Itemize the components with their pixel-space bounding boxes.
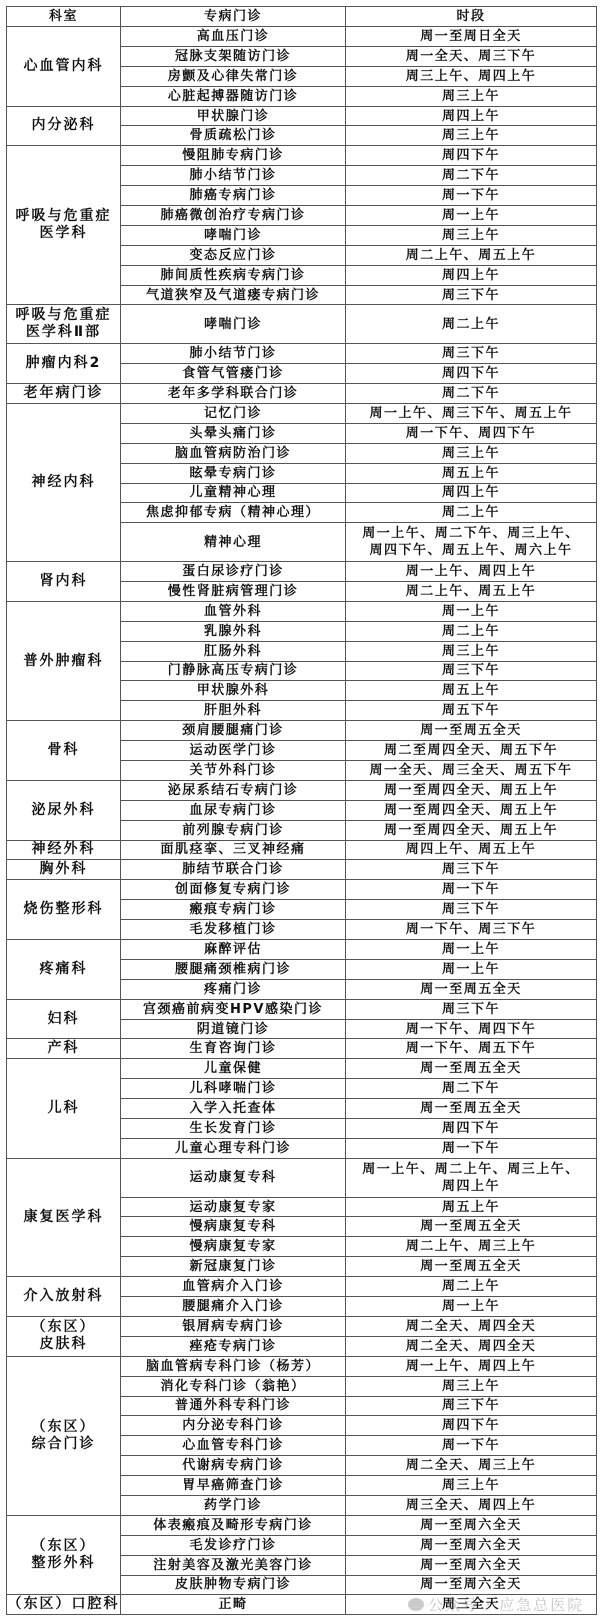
- clinic-cell: 面肌痉挛、三叉神经痛: [121, 840, 346, 860]
- header-clinic: 专病门诊: [121, 7, 346, 27]
- department-cell: 妇科: [7, 999, 121, 1039]
- time-cell: 周二上午、周三上午: [346, 1237, 597, 1257]
- clinic-cell: 肝胆外科: [121, 701, 346, 721]
- department-cell: （东区）综合门诊: [7, 1356, 121, 1515]
- time-cell: 周三下午: [346, 999, 597, 1019]
- clinic-cell: 新冠康复门诊: [121, 1257, 346, 1277]
- clinic-cell: 银屑病专病门诊: [121, 1316, 346, 1336]
- clinic-cell: 儿科哮喘门诊: [121, 1079, 346, 1099]
- time-cell: 周一下午: [346, 1138, 597, 1158]
- time-cell: 周一上午、周二下午、周三上午、周四下午、周五上午、周六上午: [346, 523, 597, 562]
- time-cell: 周一上午: [346, 206, 597, 226]
- time-cell: 周一至周六全天: [346, 1555, 597, 1575]
- clinic-cell: 气道狭窄及气道瘘专病门诊: [121, 285, 346, 305]
- clinic-cell: 注射美容及激光美容门诊: [121, 1555, 346, 1575]
- clinic-cell: 内分泌专科门诊: [121, 1416, 346, 1436]
- time-cell: 周三上午: [346, 1476, 597, 1496]
- time-cell: 周三上午: [346, 641, 597, 661]
- clinic-cell: 骨质疏松门诊: [121, 126, 346, 146]
- time-cell: 周三上午: [346, 225, 597, 245]
- time-cell: 周一至周五全天: [346, 1059, 597, 1079]
- clinic-cell: 蛋白尿诊疗门诊: [121, 562, 346, 582]
- time-cell: 周三上午: [346, 1376, 597, 1396]
- clinic-cell: 甲状腺门诊: [121, 106, 346, 126]
- time-cell: 周二上午: [346, 1277, 597, 1297]
- clinic-cell: 消化专科门诊（翁艳）: [121, 1376, 346, 1396]
- clinic-cell: 头晕头痛门诊: [121, 423, 346, 443]
- clinic-cell: 血尿专病门诊: [121, 800, 346, 820]
- time-cell: 周二至周四全天、周五下午: [346, 741, 597, 761]
- time-cell: 周一下午: [346, 186, 597, 206]
- clinic-cell: 肛肠外科: [121, 641, 346, 661]
- table-row: 介入放射科血管病介入门诊周二上午: [7, 1277, 597, 1297]
- time-cell: 周一至周六全天: [346, 1575, 597, 1595]
- department-cell: （东区）整形外科: [7, 1515, 121, 1595]
- table-row: 普外肿瘤科血管外科周一上午: [7, 601, 597, 621]
- table-row: 肿瘤内科2肺小结节门诊周三下午: [7, 344, 597, 364]
- time-cell: 周三下午: [346, 344, 597, 364]
- table-row: 呼吸与危重症医学科Ⅱ部哮喘门诊周二上午: [7, 305, 597, 344]
- clinic-cell: 肺结节联合门诊: [121, 860, 346, 880]
- clinic-cell: 儿童保健: [121, 1059, 346, 1079]
- clinic-cell: 普通外科专科门诊: [121, 1396, 346, 1416]
- department-cell: 内分泌科: [7, 106, 121, 146]
- clinic-cell: 心脏起搏器随访门诊: [121, 86, 346, 106]
- clinic-cell: 变态反应门诊: [121, 245, 346, 265]
- clinic-cell: 慢病康复专科: [121, 1217, 346, 1237]
- time-cell: 周一全天、周三全天、周五下午: [346, 760, 597, 780]
- clinic-cell: 药学门诊: [121, 1495, 346, 1515]
- clinic-cell: 关节外科门诊: [121, 760, 346, 780]
- table-row: 康复医学科运动康复专科周一上午、周二上午、周三上午、周四上午: [7, 1158, 597, 1197]
- time-cell: 周二上午: [346, 503, 597, 523]
- time-cell: 周三上午: [346, 443, 597, 463]
- time-cell: 周三全天: [346, 1595, 597, 1615]
- time-cell: 周四上午: [346, 483, 597, 503]
- time-cell: 周二上午: [346, 621, 597, 641]
- clinic-cell: 运动康复专科: [121, 1158, 346, 1197]
- clinic-cell: 慢阻肺专病门诊: [121, 146, 346, 166]
- clinic-cell: 宫颈癌前病变HPV感染门诊: [121, 999, 346, 1019]
- table-row: 烧伤整形科创面修复专病门诊周一下午: [7, 880, 597, 900]
- time-cell: 周一至周四全天、周五上午: [346, 780, 597, 800]
- table-row: （东区）皮肤科银屑病专病门诊周二全天、周四全天: [7, 1316, 597, 1336]
- time-cell: 周三下午: [346, 661, 597, 681]
- clinic-cell: 腰腿痛介入门诊: [121, 1297, 346, 1317]
- time-cell: 周二下午: [346, 166, 597, 186]
- time-cell: 周四下午: [346, 364, 597, 384]
- department-cell: 胸外科: [7, 860, 121, 880]
- clinic-cell: 创面修复专病门诊: [121, 880, 346, 900]
- clinic-cell: 脑血管病专科门诊（杨芳）: [121, 1356, 346, 1376]
- time-cell: 周二全天、周四全天: [346, 1316, 597, 1336]
- department-cell: 呼吸与危重症医学科: [7, 146, 121, 305]
- time-cell: 周一上午: [346, 940, 597, 960]
- clinic-cell: 麻醉评估: [121, 940, 346, 960]
- clinic-cell: 皮肤肿物专病门诊: [121, 1575, 346, 1595]
- time-cell: 周一下午: [346, 880, 597, 900]
- clinic-cell: 生长发育门诊: [121, 1119, 346, 1139]
- clinic-cell: 肺间质性疾病专病门诊: [121, 265, 346, 285]
- clinic-cell: 乳腺外科: [121, 621, 346, 641]
- clinic-cell: 颈肩腰腿痛门诊: [121, 721, 346, 741]
- department-cell: 儿科: [7, 1059, 121, 1158]
- table-row: 心血管内科高血压门诊周一至周日全天: [7, 27, 597, 47]
- time-cell: 周一下午、周四下午: [346, 423, 597, 443]
- clinic-cell: 血管外科: [121, 601, 346, 621]
- time-cell: 周三下午: [346, 900, 597, 920]
- clinic-cell: 门静脉高压专病门诊: [121, 661, 346, 681]
- department-cell: 康复医学科: [7, 1158, 121, 1276]
- department-cell: 神经外科: [7, 840, 121, 860]
- clinic-cell: 泌尿系结石专病门诊: [121, 780, 346, 800]
- clinic-cell: 眩晕专病门诊: [121, 463, 346, 483]
- time-cell: 周一上午: [346, 601, 597, 621]
- clinic-cell: 高血压门诊: [121, 27, 346, 47]
- department-cell: 烧伤整形科: [7, 880, 121, 940]
- time-cell: 周二上午: [346, 305, 597, 344]
- time-cell: 周三上午: [346, 126, 597, 146]
- clinic-cell: 肺癌专病门诊: [121, 186, 346, 206]
- department-cell: 普外肿瘤科: [7, 601, 121, 720]
- time-cell: 周二全天、周三上午: [346, 1456, 597, 1476]
- department-cell: 心血管内科: [7, 27, 121, 107]
- time-cell: 周一至周四全天、周五上午: [346, 820, 597, 840]
- clinic-cell: 哮喘门诊: [121, 305, 346, 344]
- department-cell: （东区）口腔科: [7, 1595, 121, 1615]
- time-cell: 周五上午: [346, 463, 597, 483]
- department-cell: 泌尿外科: [7, 780, 121, 840]
- clinic-cell: 正畸: [121, 1595, 346, 1615]
- time-cell: 周一上午、周三下午、周五上午: [346, 403, 597, 423]
- department-cell: 肾内科: [7, 562, 121, 602]
- clinic-cell: 慢病康复专家: [121, 1237, 346, 1257]
- time-cell: 周一下午: [346, 1436, 597, 1456]
- time-cell: 周一上午、周四上午: [346, 1356, 597, 1376]
- time-cell: 周三全天、周四上午: [346, 1495, 597, 1515]
- table-row: 肾内科蛋白尿诊疗门诊周一上午、周四上午: [7, 562, 597, 582]
- time-cell: 周四上午: [346, 265, 597, 285]
- clinic-cell: 前列腺专病门诊: [121, 820, 346, 840]
- schedule-body: 心血管内科高血压门诊周一至周日全天冠脉支架随访门诊周一全天、周三下午房颤及心律失…: [7, 27, 597, 1615]
- table-row: 骨科颈肩腰腿痛门诊周一至周五全天: [7, 721, 597, 741]
- time-cell: 周一至周五全天: [346, 721, 597, 741]
- clinic-cell: 肺小结节门诊: [121, 166, 346, 186]
- clinic-cell: 哮喘门诊: [121, 225, 346, 245]
- time-cell: 周一至周五全天: [346, 1099, 597, 1119]
- table-row: （东区）整形外科体表瘢痕及畸形专病门诊周一至周六全天: [7, 1515, 597, 1535]
- time-cell: 周三上午: [346, 86, 597, 106]
- time-cell: 周五上午: [346, 1197, 597, 1217]
- clinic-cell: 瘢痕专病门诊: [121, 900, 346, 920]
- department-cell: （东区）皮肤科: [7, 1316, 121, 1356]
- clinic-cell: 焦虑抑郁专病（精神心理）: [121, 503, 346, 523]
- clinic-cell: 房颤及心律失常门诊: [121, 66, 346, 86]
- table-row: 神经外科面肌痉挛、三叉神经痛周四上午、周五上午: [7, 840, 597, 860]
- department-cell: 产科: [7, 1039, 121, 1059]
- time-cell: 周一上午: [346, 1297, 597, 1317]
- time-cell: 周一上午: [346, 959, 597, 979]
- clinic-cell: 血管病介入门诊: [121, 1277, 346, 1297]
- time-cell: 周四上午、周五上午: [346, 840, 597, 860]
- time-cell: 周一至周五全天: [346, 1257, 597, 1277]
- time-cell: 周一至周六全天: [346, 1515, 597, 1535]
- department-cell: 呼吸与危重症医学科Ⅱ部: [7, 305, 121, 344]
- clinic-cell: 心血管专科门诊: [121, 1436, 346, 1456]
- clinic-cell: 精神心理: [121, 523, 346, 562]
- table-row: 妇科宫颈癌前病变HPV感染门诊周三下午: [7, 999, 597, 1019]
- time-cell: 周四下午: [346, 1119, 597, 1139]
- table-row: 儿科儿童保健周一至周五全天: [7, 1059, 597, 1079]
- department-cell: 老年病门诊: [7, 384, 121, 404]
- time-cell: 周二上午、周五上午: [346, 581, 597, 601]
- table-row: 泌尿外科泌尿系结石专病门诊周一至周四全天、周五上午: [7, 780, 597, 800]
- time-cell: 周二下午: [346, 384, 597, 404]
- time-cell: 周一上午、周四上午: [346, 562, 597, 582]
- clinic-cell: 生育咨询门诊: [121, 1039, 346, 1059]
- time-cell: 周三上午、周四上午: [346, 66, 597, 86]
- clinic-cell: 脑血管病防治门诊: [121, 443, 346, 463]
- table-row: 老年病门诊老年多学科联合门诊周二下午: [7, 384, 597, 404]
- clinic-cell: 肺癌微创治疗专病门诊: [121, 206, 346, 226]
- clinic-cell: 体表瘢痕及畸形专病门诊: [121, 1515, 346, 1535]
- time-cell: 周一下午、周四下午: [346, 1019, 597, 1039]
- clinic-cell: 运动医学门诊: [121, 741, 346, 761]
- time-cell: 周一至周日全天: [346, 27, 597, 47]
- clinic-cell: 阴道镜门诊: [121, 1019, 346, 1039]
- clinic-cell: 老年多学科联合门诊: [121, 384, 346, 404]
- time-cell: 周二全天、周四全天: [346, 1336, 597, 1356]
- time-cell: 周五下午: [346, 701, 597, 721]
- department-cell: 骨科: [7, 721, 121, 781]
- clinic-cell: 代谢病专病门诊: [121, 1456, 346, 1476]
- clinic-cell: 腰腿痛颈椎病门诊: [121, 959, 346, 979]
- clinic-cell: 毛发移植门诊: [121, 920, 346, 940]
- clinic-cell: 入学入托查体: [121, 1099, 346, 1119]
- clinic-schedule-table: 科室 专病门诊 时段 心血管内科高血压门诊周一至周日全天冠脉支架随访门诊周一全天…: [6, 6, 597, 1615]
- header-row: 科室 专病门诊 时段: [7, 7, 597, 27]
- clinic-cell: 儿童精神心理: [121, 483, 346, 503]
- header-department: 科室: [7, 7, 121, 27]
- time-cell: 周一至周四全天、周五上午: [346, 800, 597, 820]
- table-row: 胸外科肺结节联合门诊周三下午: [7, 860, 597, 880]
- time-cell: 周二下午: [346, 1079, 597, 1099]
- clinic-cell: 胃早癌筛查门诊: [121, 1476, 346, 1496]
- time-cell: 周一下午、周三下午: [346, 920, 597, 940]
- time-cell: 周一全天、周三下午: [346, 46, 597, 66]
- time-cell: 周一至周五全天: [346, 979, 597, 999]
- time-cell: 周一上午、周二上午、周三上午、周四上午: [346, 1158, 597, 1197]
- time-cell: 周三下午: [346, 860, 597, 880]
- time-cell: 周三下午: [346, 1396, 597, 1416]
- time-cell: 周四下午: [346, 146, 597, 166]
- time-cell: 周二上午、周五上午: [346, 245, 597, 265]
- table-row: 疼痛科麻醉评估周一上午: [7, 940, 597, 960]
- time-cell: 周三下午: [346, 285, 597, 305]
- department-cell: 介入放射科: [7, 1277, 121, 1317]
- clinic-cell: 疼痛门诊: [121, 979, 346, 999]
- table-row: 呼吸与危重症医学科慢阻肺专病门诊周四下午: [7, 146, 597, 166]
- time-cell: 周四上午: [346, 106, 597, 126]
- clinic-cell: 肺小结节门诊: [121, 344, 346, 364]
- clinic-cell: 痤疮专病门诊: [121, 1336, 346, 1356]
- clinic-cell: 儿童心理专科门诊: [121, 1138, 346, 1158]
- clinic-cell: 食管气管瘘门诊: [121, 364, 346, 384]
- time-cell: 周一至周六全天: [346, 1535, 597, 1555]
- table-row: 产科生育咨询门诊周一下午、周五下午: [7, 1039, 597, 1059]
- clinic-cell: 冠脉支架随访门诊: [121, 46, 346, 66]
- table-row: （东区）综合门诊脑血管病专科门诊（杨芳）周一上午、周四上午: [7, 1356, 597, 1376]
- department-cell: 神经内科: [7, 403, 121, 561]
- table-row: 内分泌科甲状腺门诊周四上午: [7, 106, 597, 126]
- clinic-cell: 甲状腺外科: [121, 681, 346, 701]
- time-cell: 周一下午、周五下午: [346, 1039, 597, 1059]
- time-cell: 周四下午: [346, 1416, 597, 1436]
- department-cell: 肿瘤内科2: [7, 344, 121, 384]
- clinic-cell: 记忆门诊: [121, 403, 346, 423]
- clinic-cell: 运动康复专家: [121, 1197, 346, 1217]
- time-cell: 周五上午: [346, 681, 597, 701]
- department-cell: 疼痛科: [7, 940, 121, 1000]
- table-row: 神经内科记忆门诊周一上午、周三下午、周五上午: [7, 403, 597, 423]
- clinic-cell: 慢性肾脏病管理门诊: [121, 581, 346, 601]
- clinic-cell: 毛发诊疗门诊: [121, 1535, 346, 1555]
- header-time: 时段: [346, 7, 597, 27]
- table-row: （东区）口腔科正畸周三全天: [7, 1595, 597, 1615]
- time-cell: 周一至周五全天: [346, 1217, 597, 1237]
